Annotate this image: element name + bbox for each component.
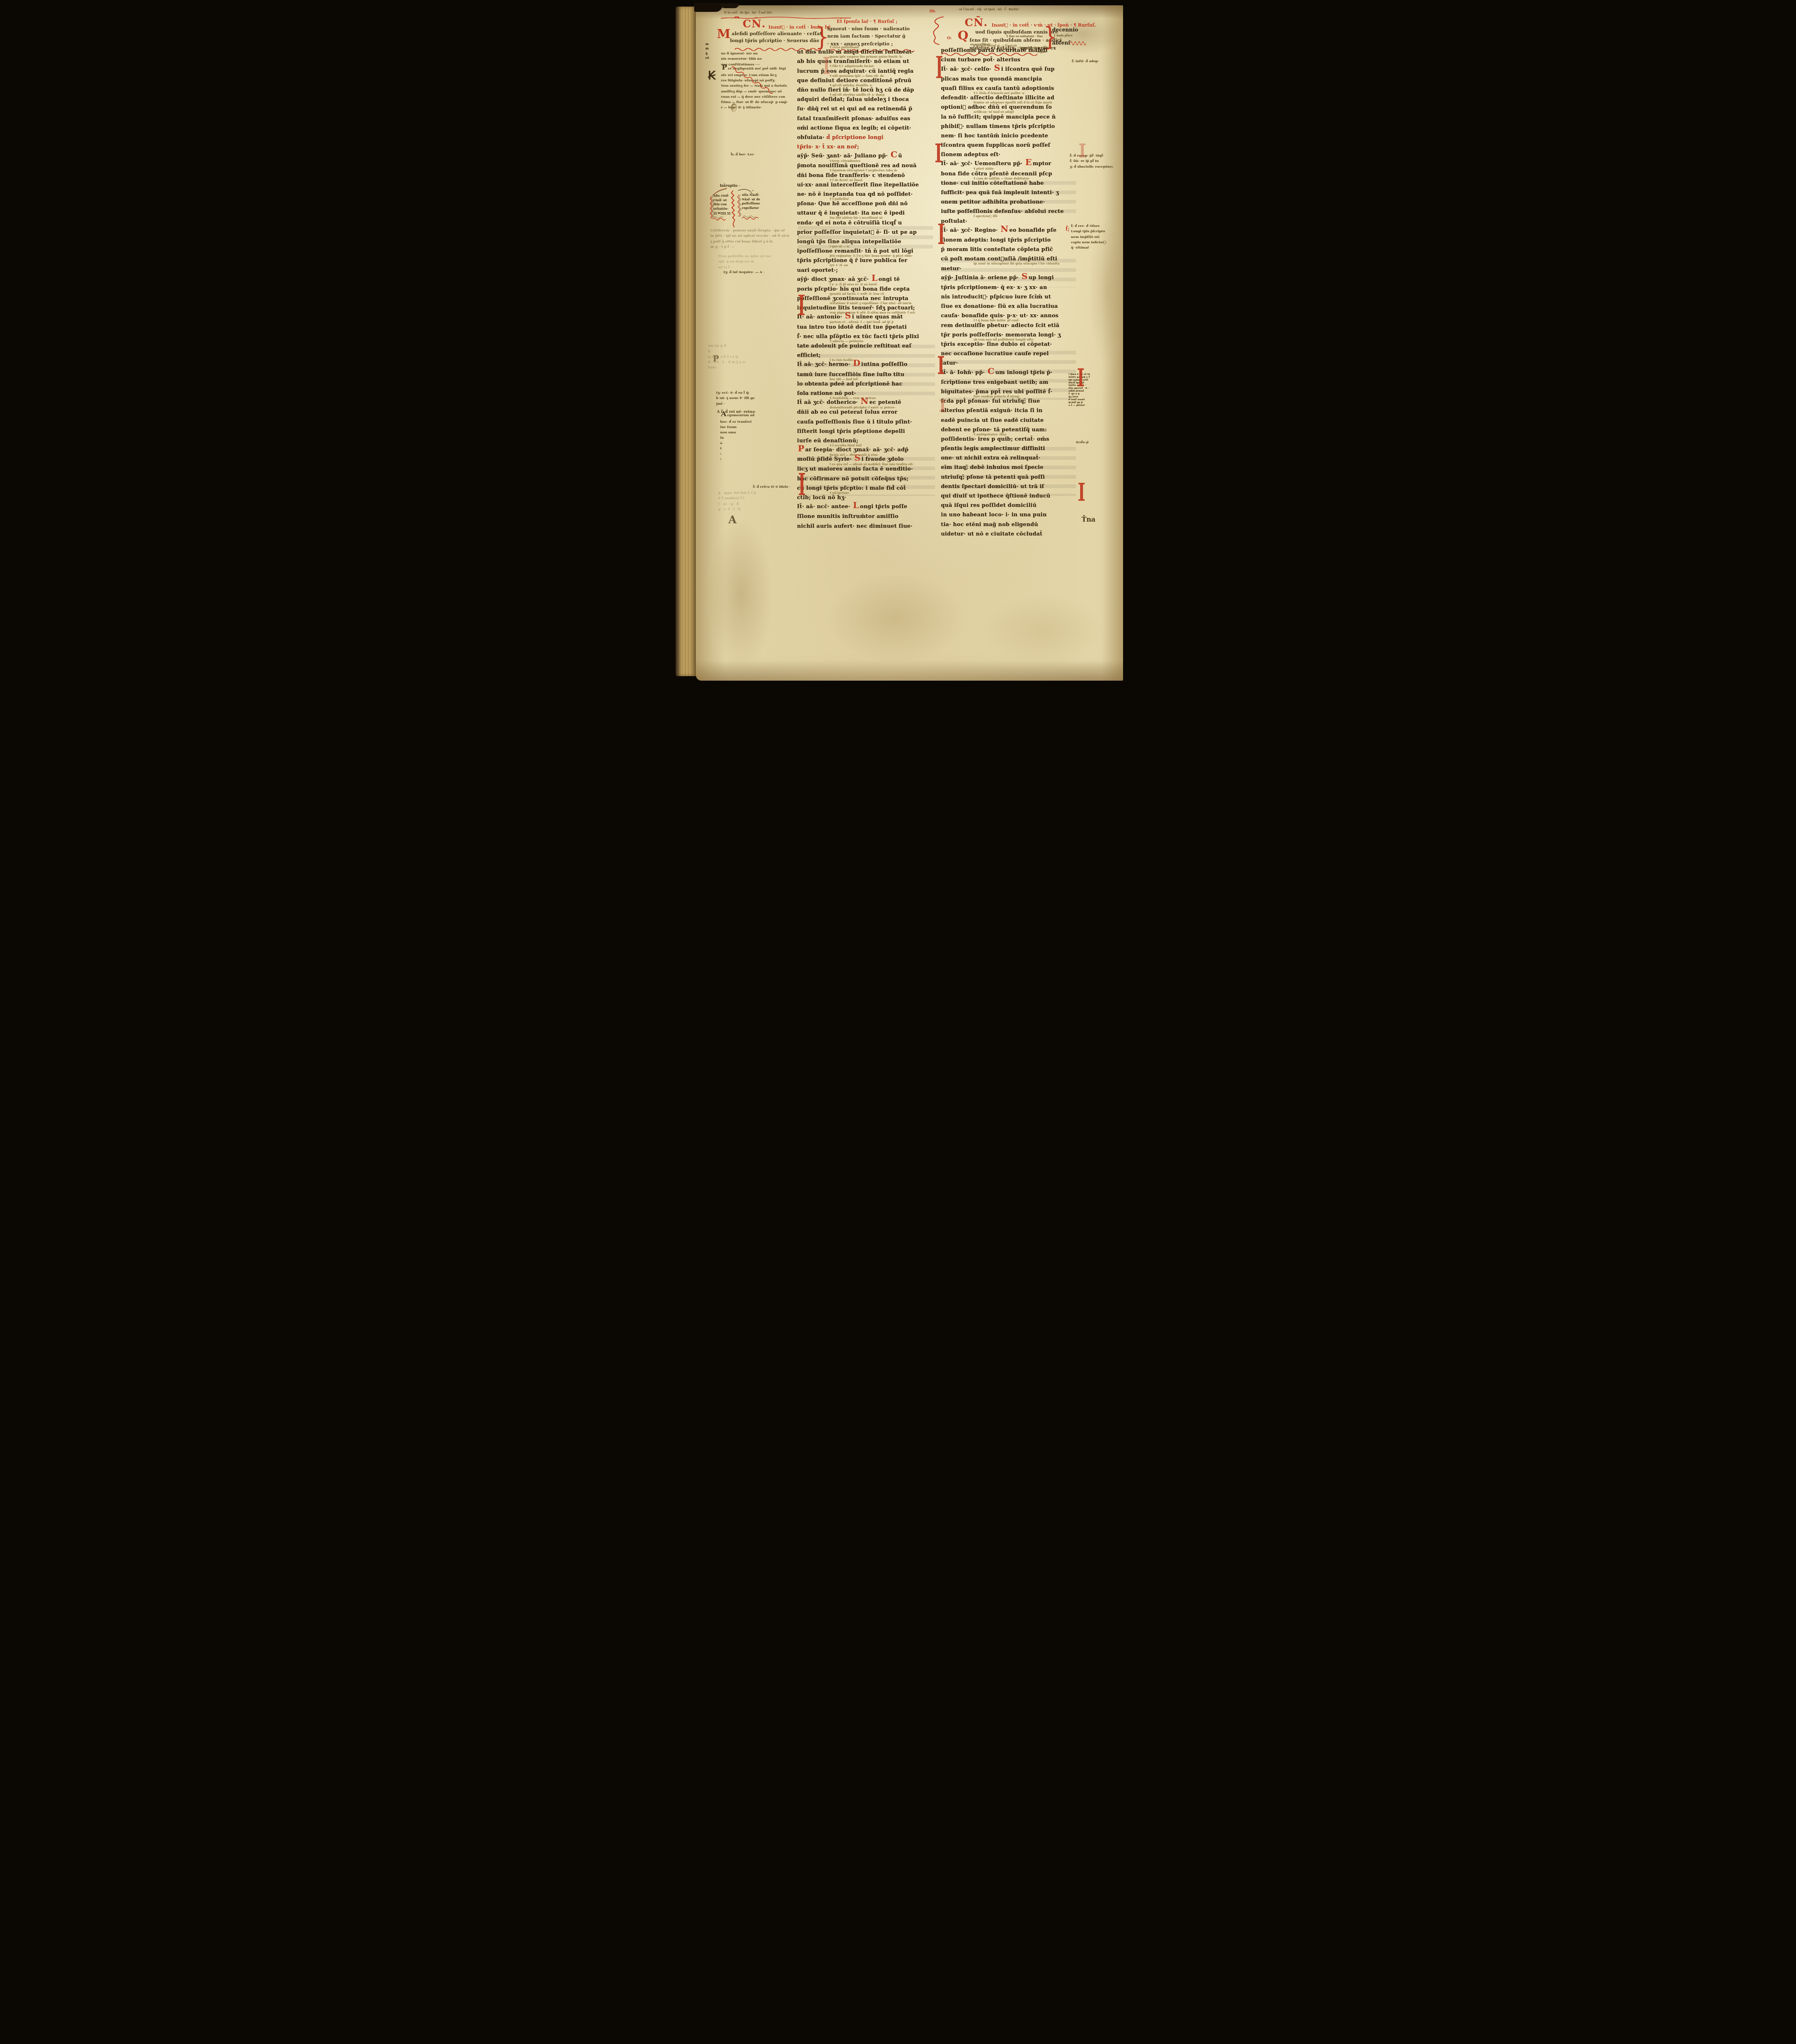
red-initial-bar: [825, 58, 828, 73]
red-flourish-line: [720, 16, 852, 20]
initial-M: M: [717, 28, 731, 40]
margin-right-T-mark: T̄na: [1082, 515, 1096, 523]
stain: [982, 594, 1105, 668]
header-left-body-1: alefidi poſſeſſore alienante · ceſſat: [732, 31, 822, 36]
manuscript-photo: lr̄ in cott̄ · de ip̄a · lar̄ · ſ̄ nat̄ …: [673, 0, 1123, 693]
red-initial-bar: [937, 144, 940, 161]
diagram-right-box: Alia Nāalt̄·Nāal· ut de poſſeſſioneexpel…: [742, 193, 760, 210]
red-initial-bar: [941, 400, 944, 411]
stain: [827, 574, 966, 663]
header-left-bracket-2: nem iam factam · Spectatur ḡ: [827, 33, 906, 39]
running-title-left: lr̄ in cott̄ · de ip̄a · lar̄ · ſ̄ nat̄ …: [724, 11, 774, 14]
margin-note-lec: h̄; d̄ her· Lec·: [731, 149, 755, 157]
red-initial-bar: [1079, 369, 1082, 385]
header-left-bracket-1: ignorat · uius ſuum · ualienatio: [827, 26, 910, 31]
margin-big-A: A: [729, 514, 737, 526]
diagram-quote-mark: „: [752, 187, 754, 192]
red-initial-bar: [939, 357, 942, 373]
margin-initial-H: Ꞣ: [708, 69, 715, 82]
red-initial-bar: [940, 224, 943, 243]
red-initial-bar: [1080, 484, 1083, 500]
lib-label: lib.: [930, 9, 936, 13]
header-left-body-2: longi tp̄ris pſcriptio · Seuerus dn̄s: [730, 38, 819, 43]
torn-edge-2: [720, 3, 739, 8]
torn-edge: [694, 3, 723, 12]
margin-note-rescu: ſ̄; d̄ reſcu tē S idolo ·: [753, 482, 791, 489]
margin-right-adop: ſ̄; inſti· d̄ adop·: [1072, 56, 1099, 64]
diagram-left-box: Alia ciuil·Ciuil· ut litis conteſtatiōe·…: [713, 194, 731, 215]
red-paragraph-mark: ſ̄;: [1066, 226, 1070, 232]
brace-gloss: ¶ mala pſ̄ace: [1054, 34, 1073, 37]
stain: [708, 516, 774, 672]
red-initial-bar: [938, 57, 941, 77]
o-mark: O:: [947, 36, 952, 40]
red-initial-bar: [800, 296, 803, 314]
red-initial-bar: [800, 474, 803, 494]
text-column-right: ¶ ſubtilī benel̄ m̄ — ſtratam̄poſſeſſion…: [941, 45, 1077, 538]
red-swirl-bracket: [931, 16, 945, 45]
chapter-mark-right: CN̄.: [965, 18, 988, 28]
book-fore-edge: [675, 7, 696, 676]
initial-Q: Q: [958, 30, 969, 42]
red-initial-bar: [1081, 144, 1084, 157]
margin-right-secunda: Scd̄a–p̄: [1076, 437, 1089, 445]
interruptio-diagram: Int̄ruptio · „ Alia ciuil·Ciuil· ut liti…: [709, 184, 766, 228]
margin-note-sequire: Iʒ; d̄ iuſ Sequire· — A ·: [724, 267, 765, 275]
diagram-title: Int̄ruptio ·: [720, 184, 740, 188]
parchment-page: lr̄ in cott̄ · de ip̄a · lar̄ · ſ̄ nat̄ …: [696, 5, 1123, 681]
decennio-label: decennio: [1052, 27, 1078, 33]
chapter-mark-left: CN̄.: [743, 19, 766, 29]
margin-p-mark: P: [713, 354, 719, 363]
running-title-right: · ut ſ̄ incott̄ · viij · ut ſpon̄ · lar̄…: [957, 8, 1020, 11]
text-column-left: ¶ circa poſſeſſionēut dn̄s nullo m̄ aliq…: [797, 46, 933, 530]
rubric-title-left-2: Et̄ ſponſa lar̄ · ¶ Rurſuſ ;: [837, 19, 897, 24]
